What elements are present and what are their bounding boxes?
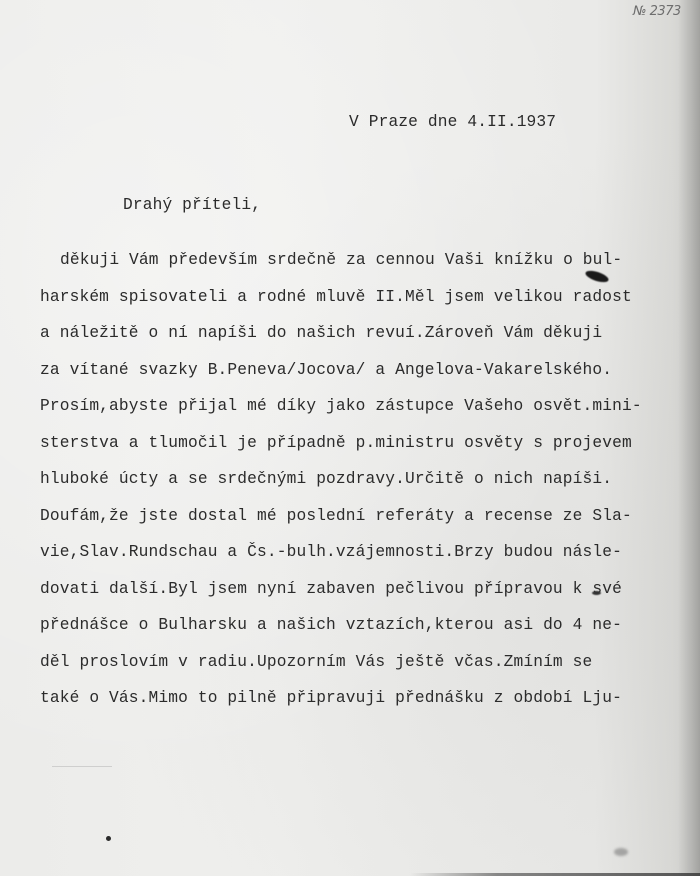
salutation: Drahý příteli,: [123, 196, 261, 214]
body-line: harském spisovateli a rodné mluvě II.Měl…: [40, 287, 680, 324]
ink-speck: [592, 591, 601, 595]
body-line: děkuji Vám především srdečně za cennou V…: [40, 250, 680, 287]
smudge-mark: [614, 848, 628, 856]
body-line: přednášce o Bulharsku a našich vztazích,…: [40, 615, 680, 652]
body-line: Doufám,že jste dostal mé poslední referá…: [40, 506, 680, 543]
body-line: dovati další.Byl jsem nyní zabaven pečli…: [40, 579, 680, 616]
body-line: děl proslovím v radiu.Upozorním Vás ješt…: [40, 652, 680, 689]
faint-mark: [52, 766, 112, 767]
dot-mark: [106, 836, 111, 841]
body-line: sterstva a tlumočil je případně p.minist…: [40, 433, 680, 470]
page-edge-shadow: [678, 0, 700, 876]
body-line: vie,Slav.Rundschau a Čs.-bulh.vzájemnost…: [40, 542, 680, 579]
body-line: a náležitě o ní napíši do našich revuí.Z…: [40, 323, 680, 360]
body-line: také o Vás.Mimo to pilně připravuji před…: [40, 688, 680, 725]
body-line: Prosím,abyste přijal mé díky jako zástup…: [40, 396, 680, 433]
archive-number: № 2373: [633, 4, 681, 19]
dateline: V Praze dne 4.II.1937: [349, 113, 556, 131]
body-line: hluboké úcty a se srdečnými pozdravy.Urč…: [40, 469, 680, 506]
body-line: za vítané svazky B.Peneva/Jocova/ a Ange…: [40, 360, 680, 397]
letter-body: děkuji Vám především srdečně za cennou V…: [40, 250, 680, 725]
letter-page: № 2373 V Praze dne 4.II.1937 Drahý příte…: [0, 0, 700, 876]
